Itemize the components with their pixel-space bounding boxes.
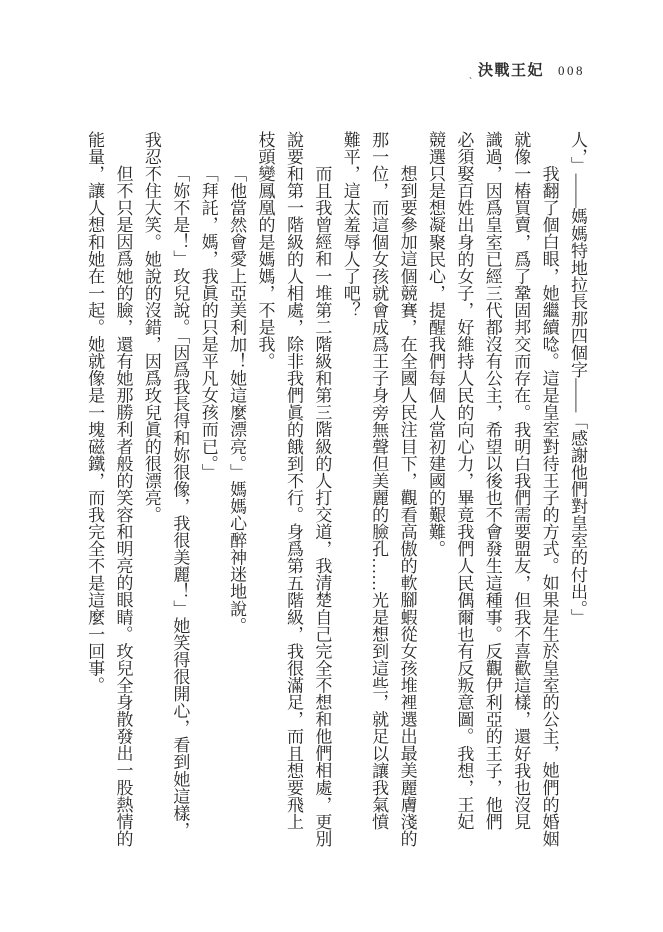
running-head: 、 決戰王妃 008	[469, 59, 585, 80]
paragraph: 「他當然會愛上亞美利加！她這麼漂亮。」媽媽心醉神迷地說。	[222, 131, 250, 847]
paragraph: 人，」——媽媽特地拉長那四個字——「感謝他們對皇室的付出。」	[563, 131, 591, 847]
paragraph: 想到要參加這個競賽，在全國人民注目下，觀看高傲的軟腳蝦從女孩堆裡選出最美麗膚淺的…	[335, 131, 420, 847]
page-number: 008	[558, 63, 585, 79]
paragraph: 「妳不是！」玫兒說。「因爲我長得和妳很像，我很美麗！」她笑得很開心，看到她這樣，…	[137, 131, 194, 847]
paragraph: 「拜託，媽，我眞的只是平凡女孩而已。」	[193, 131, 221, 847]
book-page: 、 決戰王妃 008 人，」——媽媽特地拉長那四個字——「感謝他們對皇室的付出。…	[0, 0, 663, 932]
paragraph: 但不只是因爲她的臉，還有她那勝利者般的笑容和明亮的眼睛。玫兒全身散發出一股熱情的…	[80, 131, 137, 847]
paragraph: 而且我曾經和一堆第二階級和第三階級的人打交道，我清楚自己完全不想和他們相處，更別…	[250, 131, 335, 847]
paragraph: 我翻了個白眼，她繼續唸。這是皇室對待王子的方式。如果是生於皇室的公主，她們的婚姻…	[421, 131, 563, 847]
book-title: 決戰王妃	[478, 59, 544, 80]
body-text: 人，」——媽媽特地拉長那四個字——「感謝他們對皇室的付出。」 我翻了個白眼，她繼…	[80, 131, 591, 847]
title-ornament-icon: 、	[469, 72, 477, 80]
